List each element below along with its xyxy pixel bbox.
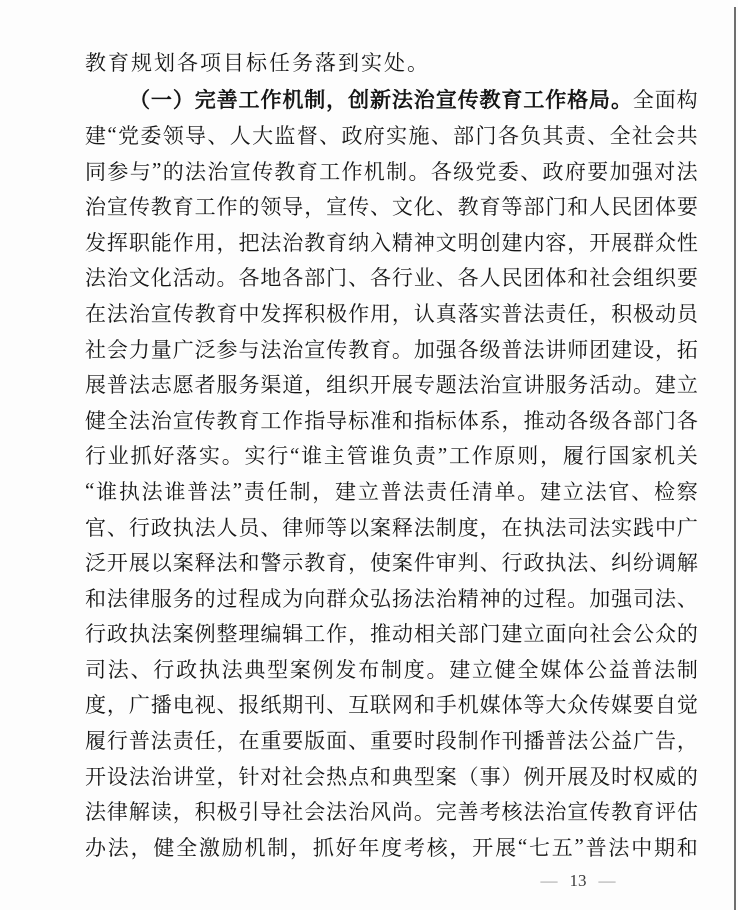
character: 会 (611, 618, 632, 648)
character: 案 (436, 761, 457, 791)
character: 教 (480, 84, 501, 114)
character: 责 (415, 440, 436, 470)
character: 其 (543, 120, 564, 150)
character: 履 (563, 440, 584, 470)
character: 年 (358, 832, 379, 862)
character: “ (107, 122, 116, 147)
character: 实 (611, 512, 632, 542)
character: 作 (173, 227, 194, 257)
character: 、 (131, 654, 152, 684)
character: 作 (282, 405, 303, 435)
character: 团 (589, 334, 610, 364)
character: 法 (260, 227, 281, 257)
character: ， (480, 512, 501, 542)
character: 司 (567, 512, 588, 542)
character: 、 (520, 156, 541, 186)
text-line: （一）完善工作机制，创新法治宣传教育工作格局。全面构 (85, 82, 698, 118)
character: 和 (567, 262, 588, 292)
character: 府 (565, 156, 586, 186)
character: 织 (348, 369, 369, 399)
character: 业 (414, 262, 435, 292)
character: 考 (404, 832, 425, 862)
character: 发 (260, 298, 281, 328)
character: 程 (238, 583, 259, 613)
character: 开 (472, 832, 493, 862)
character: 民 (611, 191, 632, 221)
character: 格 (567, 84, 588, 114)
character: 作 (480, 725, 501, 755)
character: 法 (217, 547, 238, 577)
character: 法 (195, 512, 216, 542)
character: 健 (495, 654, 516, 684)
character: 育 (501, 84, 522, 114)
character: 实 (386, 120, 407, 150)
character: 内 (523, 227, 544, 257)
character: 级 (480, 334, 501, 364)
character: 自 (655, 689, 676, 719)
character: 社 (282, 796, 303, 826)
character: 版 (304, 725, 325, 755)
character: 教 (304, 547, 325, 577)
character: 民 (502, 262, 523, 292)
character: 容 (545, 227, 566, 257)
character: 展 (495, 832, 516, 862)
character: 公 (633, 618, 654, 648)
character: 领 (163, 120, 184, 150)
character: 判 (458, 547, 479, 577)
character: 期 (654, 832, 675, 862)
character: 极 (217, 796, 238, 826)
character: 推 (523, 405, 544, 435)
character: 创 (348, 84, 369, 114)
character: 要 (633, 689, 654, 719)
character: 播 (151, 689, 172, 719)
character: 执 (119, 476, 140, 506)
character: 开 (370, 369, 391, 399)
character: 扬 (392, 583, 413, 613)
character: 育 (480, 191, 501, 221)
character: 善 (458, 796, 479, 826)
character: 、 (107, 512, 128, 542)
character: 权 (633, 761, 654, 791)
character: 建 (449, 654, 470, 684)
character: 展 (567, 761, 588, 791)
character: 热 (326, 761, 347, 791)
character: 解 (129, 796, 150, 826)
character: 媒 (480, 689, 501, 719)
character: 法 (107, 583, 128, 613)
character: ， (392, 298, 413, 328)
character: 机 (654, 440, 675, 470)
character: 法 (567, 547, 588, 577)
character: “ (518, 834, 527, 859)
character: 风 (370, 796, 391, 826)
character: 等 (502, 191, 523, 221)
character: 建 (540, 476, 561, 506)
character: 法 (414, 512, 435, 542)
character: 部 (453, 120, 474, 150)
character: 各 (431, 156, 452, 186)
character: 好 (153, 440, 174, 470)
character: “ (85, 478, 94, 503)
character: 行 (85, 618, 106, 648)
character: 任 (195, 725, 216, 755)
character: 指 (304, 405, 325, 435)
character: ” (233, 478, 242, 503)
text-segment: 教育规划各项目标任务落到实处。 (85, 46, 430, 82)
character: 例 (195, 618, 216, 648)
character: 真 (436, 298, 457, 328)
character: 法 (151, 618, 172, 648)
character: 播 (523, 725, 544, 755)
character: 编 (260, 618, 281, 648)
character: 创 (480, 227, 501, 257)
character: 引 (238, 796, 259, 826)
character: 性 (677, 227, 698, 257)
character: 的 (677, 618, 698, 648)
character: 强 (632, 156, 653, 186)
character: ， (107, 689, 128, 719)
character: 理 (238, 618, 259, 648)
character: 普 (631, 654, 652, 684)
character: 法 (85, 262, 106, 292)
character: 励 (222, 832, 243, 862)
character: 广 (129, 689, 150, 719)
text-line: 开设法治讲堂，针对社会热点和典型案（事）例开展及时权威的 (85, 758, 698, 794)
character: 法 (586, 476, 607, 506)
character: 法 (142, 476, 163, 506)
character: 体 (563, 654, 584, 684)
character: 成 (260, 583, 281, 613)
character: （ (458, 761, 479, 791)
character: 媒 (611, 689, 632, 719)
character: 展 (392, 369, 413, 399)
character: 局 (589, 84, 610, 114)
character: 与 (238, 334, 259, 364)
scan-edge-line (734, 7, 736, 910)
character: 社 (282, 761, 303, 791)
character: 行 (153, 654, 174, 684)
character: 宣 (567, 796, 588, 826)
character: 宣 (151, 298, 172, 328)
character: 立 (472, 654, 493, 684)
character: 度 (404, 654, 425, 684)
text-line: 泛开展以案释法和警示教育，使案件审判、行政执法、纠纷调解 (85, 544, 698, 580)
document-page: 教育规划各项目标任务落到实处。（一）完善工作机制，创新法治宣传教育工作格局。全面… (0, 0, 738, 910)
character: 法 (210, 476, 231, 506)
character: 设 (633, 334, 654, 364)
character: 抓 (131, 440, 152, 470)
character: 核 (427, 832, 448, 862)
character: ， (173, 796, 194, 826)
character: 政 (107, 618, 128, 648)
character: 会 (654, 120, 675, 150)
character: （ (129, 84, 150, 114)
character: 传 (129, 191, 150, 221)
character: 立 (523, 618, 544, 648)
character: 向 (304, 583, 325, 613)
character: 对 (654, 156, 675, 186)
character: 者 (195, 369, 216, 399)
character: ， (290, 832, 311, 862)
character: 时 (414, 725, 435, 755)
character: 育 (326, 227, 347, 257)
document-text: 教育规划各项目标任务落到实处。（一）完善工作机制，创新法治宣传教育工作格局。全面… (85, 46, 698, 865)
character: 文 (392, 191, 413, 221)
character: 、 (207, 120, 228, 150)
character: 、 (587, 120, 608, 150)
character: 执 (199, 654, 220, 684)
character: 中 (631, 832, 652, 862)
character: 设 (107, 761, 128, 791)
text-line: 官、行政执法人员、律师等以案释法制度，在执法司法实践中广 (85, 509, 698, 545)
character: 示 (282, 547, 303, 577)
character: 精 (458, 583, 479, 613)
character: 实 (199, 440, 220, 470)
character: 团 (523, 262, 544, 292)
character: 等 (523, 689, 544, 719)
character: 面 (326, 725, 347, 755)
character: 案 (173, 618, 194, 648)
character: 治 (480, 369, 501, 399)
character: ） (502, 761, 523, 791)
character: 期 (282, 689, 303, 719)
character: 联 (370, 689, 391, 719)
character: 展 (85, 369, 106, 399)
character: 、 (319, 120, 340, 150)
character: ， (677, 725, 698, 755)
character: 发 (85, 227, 106, 257)
character: 教 (348, 334, 369, 364)
character: 工 (195, 191, 216, 221)
character: 用 (370, 298, 391, 328)
character: 的 (195, 583, 216, 613)
character: 典 (392, 761, 413, 791)
character: 建 (655, 369, 676, 399)
character: 众 (655, 618, 676, 648)
character: 、 (260, 512, 281, 542)
character: ， (540, 440, 561, 470)
character: 执 (129, 618, 150, 648)
character: 、 (431, 120, 452, 150)
character: 拓 (677, 334, 698, 364)
character: 落 (176, 440, 197, 470)
character: 极 (633, 298, 654, 328)
character: 体 (458, 405, 479, 435)
character: ， (326, 84, 347, 114)
text-line: 度，广播电视、报纸期刊、互联网和手机媒体等大众传媒要自觉 (85, 687, 698, 723)
character: 公 (586, 654, 607, 684)
character: 治 (414, 84, 435, 114)
character: 行 (267, 440, 288, 470)
character: 政 (523, 547, 544, 577)
character: 治 (85, 191, 106, 221)
character: 教 (217, 405, 238, 435)
character: 告 (655, 725, 676, 755)
character: 责 (426, 476, 447, 506)
character: 组 (633, 262, 654, 292)
character: 家 (631, 440, 652, 470)
character: 程 (545, 583, 566, 613)
character: 法 (414, 583, 435, 613)
character: 法 (108, 654, 129, 684)
character: 体 (545, 262, 566, 292)
character: 宣 (230, 156, 251, 186)
character: 动 (545, 405, 566, 435)
text-line: 展普法志愿者服务渠道，组织开展专题法治宣讲服务活动。建立 (85, 366, 698, 402)
character: 群 (633, 227, 654, 257)
character: 导 (282, 191, 303, 221)
character: 。 (217, 262, 238, 292)
character: 法 (589, 512, 610, 542)
character: 法 (129, 405, 150, 435)
character: 大 (252, 120, 273, 150)
character: 作 (348, 298, 369, 328)
character: 公 (589, 725, 610, 755)
character: ， (655, 334, 676, 364)
character: 挥 (107, 227, 128, 257)
character: 网 (392, 689, 413, 719)
character: 开 (589, 227, 610, 257)
character: 全 (176, 832, 197, 862)
character: 团 (633, 191, 654, 221)
character: 业 (108, 440, 129, 470)
character: 讲 (523, 369, 544, 399)
character: 政 (176, 654, 197, 684)
character: 及 (589, 761, 610, 791)
character: 在 (85, 298, 106, 328)
character: 导 (185, 120, 206, 150)
character: 神 (480, 583, 501, 613)
character: 员 (677, 298, 698, 328)
character: 部 (633, 405, 654, 435)
character: 量 (151, 334, 172, 364)
character: 开 (545, 761, 566, 791)
character: 志 (151, 369, 172, 399)
character: 实 (480, 298, 501, 328)
character: 治 (282, 334, 303, 364)
character: 互 (348, 689, 369, 719)
character: 组 (326, 369, 347, 399)
character: 积 (304, 298, 325, 328)
character: 法 (151, 725, 172, 755)
character: 和 (392, 405, 413, 435)
character: 刊 (304, 689, 325, 719)
character: 威 (655, 761, 676, 791)
character: 服 (151, 583, 172, 613)
character: 级 (453, 156, 474, 186)
character: 泛 (85, 547, 106, 577)
character: 纸 (260, 689, 281, 719)
character: 建 (335, 476, 356, 506)
character: 。 (633, 369, 654, 399)
character: 机 (282, 84, 303, 114)
character: ， (312, 476, 333, 506)
character: 讲 (545, 334, 566, 364)
text-line: 建“党委领导、人大监督、政府实施、部门各负其责、全社会共 (85, 117, 698, 153)
character: 党 (118, 120, 139, 150)
character: 清 (472, 476, 493, 506)
character: 部 (304, 262, 325, 292)
character: 型 (267, 654, 288, 684)
character: 中 (238, 298, 259, 328)
character: 开 (107, 547, 128, 577)
character: 教 (195, 298, 216, 328)
page-number: — 13 — (528, 869, 628, 893)
character: 益 (611, 725, 632, 755)
character: 认 (414, 298, 435, 328)
character: 法 (655, 583, 676, 613)
character: 和 (370, 761, 391, 791)
character: 时 (611, 761, 632, 791)
character: 事 (480, 761, 501, 791)
character: 全 (107, 405, 128, 435)
character: ， (589, 298, 610, 328)
character: 典 (244, 654, 265, 684)
character: 传 (195, 405, 216, 435)
character: 立 (677, 369, 698, 399)
character: 向 (567, 618, 588, 648)
character: 法 (85, 796, 106, 826)
character: 则 (517, 440, 538, 470)
character: 责 (565, 120, 586, 150)
character: 施 (408, 120, 429, 150)
character: 全 (610, 120, 631, 150)
character: 能 (151, 227, 172, 257)
character: 众 (655, 227, 676, 257)
character: 建 (502, 618, 523, 648)
text-line: 行业抓好落实。实行“谁主管谁负责”工作原则，履行国家机关 (85, 438, 698, 474)
character: ， (217, 227, 238, 257)
character: 育 (173, 191, 194, 221)
character: 育 (633, 796, 654, 826)
character: 评 (655, 796, 676, 826)
character: 机 (364, 156, 385, 186)
character: 务 (238, 369, 259, 399)
character: 制 (289, 476, 310, 506)
character: 育 (217, 298, 238, 328)
character: 读 (151, 796, 172, 826)
character: 明 (458, 227, 479, 257)
character: 法 (677, 156, 698, 186)
character: 育 (238, 405, 259, 435)
character: 案 (173, 547, 194, 577)
character: 动 (655, 298, 676, 328)
character: 开 (85, 761, 106, 791)
character: 参 (107, 156, 128, 186)
character: 完 (195, 84, 216, 114)
character: 。 (392, 334, 413, 364)
character: 化 (151, 262, 172, 292)
character: 、 (480, 547, 501, 577)
character: 重 (260, 725, 281, 755)
character: 织 (655, 262, 676, 292)
character: 和 (677, 832, 698, 862)
character: 的 (677, 761, 698, 791)
character: 、 (631, 476, 652, 506)
character: 宣 (304, 334, 325, 364)
character: 标 (436, 405, 457, 435)
character: 广 (633, 725, 654, 755)
character: 治 (545, 796, 566, 826)
character: 普 (502, 334, 523, 364)
character: 执 (523, 512, 544, 542)
character: 考 (480, 796, 501, 826)
page-number-value: 13 (570, 869, 587, 893)
character: 教 (611, 796, 632, 826)
character: 法 (185, 156, 206, 186)
character: 传 (589, 689, 610, 719)
